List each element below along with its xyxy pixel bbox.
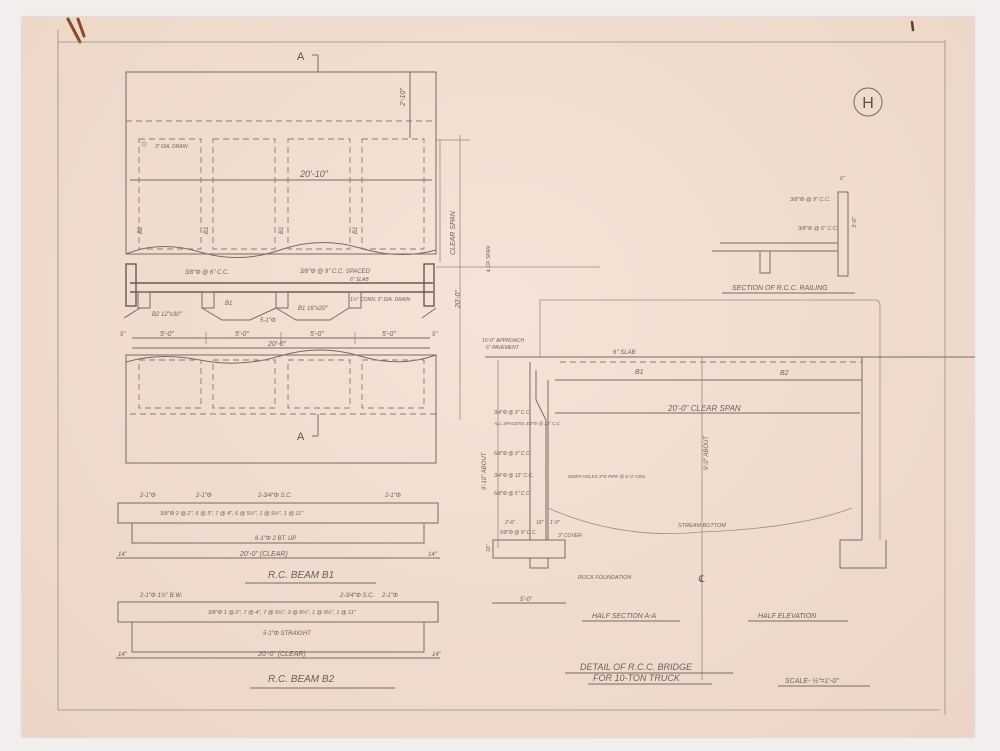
svg-text:5'-0": 5'-0" [520, 597, 533, 603]
svg-text:3/8"Φ @ 9" C.C.: 3/8"Φ @ 9" C.C. [790, 197, 830, 203]
svg-text:B1: B1 [225, 301, 232, 307]
svg-text:3/4"Φ @ 9" C.C.: 3/4"Φ @ 9" C.C. [494, 410, 531, 416]
svg-text:℄: ℄ [698, 574, 705, 585]
svg-text:20'-0": 20'-0" [267, 341, 286, 348]
svg-text:3" DIA. DRAIN: 3" DIA. DRAIN [155, 144, 188, 150]
svg-text:5/8"Φ @ 5" C.C.: 5/8"Φ @ 5" C.C. [494, 491, 531, 497]
beam-b1-detail: 2-1"Φ 2-1"Φ 2-3/4"Φ S.C. 2-1"Φ 3/8"Φ 2 @… [116, 493, 440, 583]
svg-text:DETAIL OF R.C.C. BRIDGE: DETAIL OF R.C.C. BRIDGE [580, 662, 693, 672]
svg-text:B1: B1 [279, 227, 285, 234]
svg-text:ROCK FOUNDATION: ROCK FOUNDATION [578, 575, 631, 581]
svg-text:FOR 10-TON TRUCK: FOR 10-TON TRUCK [593, 673, 681, 683]
svg-text:6" SLAB: 6" SLAB [613, 350, 635, 356]
svg-text:5-1"Φ STRAIGHT: 5-1"Φ STRAIGHT [263, 631, 312, 637]
svg-text:5": 5" [120, 332, 126, 338]
svg-text:5'-0": 5'-0" [160, 331, 174, 338]
svg-text:3/8"Φ @ 6" C.C.: 3/8"Φ @ 6" C.C. [798, 226, 838, 232]
svg-text:20'-10": 20'-10" [299, 169, 329, 179]
plan-view-lower: A [126, 350, 436, 463]
svg-text:HALF ELEVATION: HALF ELEVATION [758, 613, 817, 620]
title-block: DETAIL OF R.C.C. BRIDGE FOR 10-TON TRUCK… [565, 662, 870, 686]
cross-section: 3/8"Φ @ 6" C.C. 3/8"Φ @ 9" C.C. SPACED 6… [120, 264, 462, 348]
svg-text:20'-0": 20'-0" [455, 290, 462, 309]
svg-text:SECTION OF R.C.C. RAILING: SECTION OF R.C.C. RAILING [732, 285, 828, 292]
svg-text:B2: B2 [138, 226, 144, 234]
svg-text:℄ OF SPAN: ℄ OF SPAN [486, 246, 492, 272]
svg-text:14": 14" [118, 652, 128, 658]
ink-stain [68, 19, 913, 42]
svg-text:9'-0" ABOUT: 9'-0" ABOUT [704, 435, 710, 470]
svg-text:2-3/4"Φ S.C.: 2-3/4"Φ S.C. [257, 493, 292, 499]
svg-text:2-1"Φ: 2-1"Φ [139, 493, 156, 499]
svg-text:2-1"Φ: 2-1"Φ [381, 593, 398, 599]
svg-text:18": 18" [486, 544, 492, 552]
svg-text:B1: B1 [635, 369, 644, 376]
svg-text:H: H [862, 95, 874, 112]
beam-b2-detail: 2-1"Φ 1½" B.W. 2-3/4"Φ S.C. 2-1"Φ 3/8"Φ … [116, 592, 442, 688]
svg-text:2-1"Φ 1½" B.W.: 2-1"Φ 1½" B.W. [139, 592, 182, 599]
svg-text:2-1"Φ: 2-1"Φ [384, 493, 401, 499]
svg-text:18": 18" [536, 520, 544, 526]
svg-text:2-3/4"Φ S.C.: 2-3/4"Φ S.C. [339, 593, 374, 599]
svg-text:3/8"Φ 1 @ 2", 7 @ 4", 7 @ 5½",: 3/8"Φ 1 @ 2", 7 @ 4", 7 @ 5½", 3 @ 8½", … [208, 609, 357, 616]
svg-text:ALL SPACERS 3/4"Φ @ 12" C.C.: ALL SPACERS 3/4"Φ @ 12" C.C. [493, 421, 561, 426]
svg-text:6-1"Φ 2 BT. UP: 6-1"Φ 2 BT. UP [255, 536, 296, 542]
svg-text:2'-10": 2'-10" [400, 88, 407, 107]
svg-text:5'-0": 5'-0" [310, 331, 324, 338]
svg-text:5/8"Φ @ 9" C.C.: 5/8"Φ @ 9" C.C. [500, 530, 537, 536]
svg-text:SCALE- ½"=1'-0": SCALE- ½"=1'-0" [785, 677, 839, 685]
svg-text:A: A [297, 51, 305, 63]
svg-text:20'-0" (CLEAR): 20'-0" (CLEAR) [239, 551, 288, 558]
svg-text:10'-0" APPROACH: 10'-0" APPROACH [482, 338, 524, 344]
svg-text:1½" CONN. 3" DIA. DRAIN: 1½" CONN. 3" DIA. DRAIN [350, 296, 411, 303]
svg-text:9'-10" ABOUT: 9'-10" ABOUT [482, 451, 488, 490]
svg-text:6": 6" [840, 176, 845, 182]
svg-text:HALF SECTION A-A: HALF SECTION A-A [592, 613, 657, 620]
railing-section: 3/8"Φ @ 9" C.C. 3/8"Φ @ 6" C.C. 3'-6" 6"… [712, 176, 858, 293]
svg-text:3/4"Φ @ 12" C.C.: 3/4"Φ @ 12" C.C. [494, 473, 534, 479]
svg-text:B2 12"x30": B2 12"x30" [152, 312, 182, 318]
svg-text:3/8"Φ @ 9" C.C. SPACED: 3/8"Φ @ 9" C.C. SPACED [300, 269, 371, 275]
svg-text:3/8"Φ 2 @ 2", 6 @ 3", 7 @ 4",: 3/8"Φ 2 @ 2", 6 @ 3", 7 @ 4", 6 @ 5½", 1… [160, 510, 304, 517]
svg-text:B1: B1 [204, 227, 210, 234]
svg-text:5/8"Φ @ 9" C.C.: 5/8"Φ @ 9" C.C. [494, 451, 531, 457]
svg-text:5": 5" [432, 332, 438, 338]
svg-text:B2: B2 [780, 370, 789, 377]
bridge-drawing: H A 20'-10" 3" DIA. DRAIN 2'-10" B2 B1 B… [0, 0, 1000, 751]
svg-text:6" PAVEMENT: 6" PAVEMENT [486, 345, 520, 351]
svg-text:3" COVER: 3" COVER [558, 533, 582, 539]
svg-text:5'-0": 5'-0" [382, 331, 396, 338]
svg-text:14": 14" [428, 552, 438, 558]
bridge-elevation: 10'-0" APPROACH 6" PAVEMENT 6" SLAB B1 B… [482, 300, 975, 680]
svg-text:CLEAR SPAN: CLEAR SPAN [450, 210, 457, 255]
svg-text:3'-6": 3'-6" [852, 216, 858, 228]
svg-text:B1: B1 [353, 227, 359, 234]
svg-text:5'-0": 5'-0" [235, 331, 249, 338]
svg-text:20'-0" CLEAR SPAN: 20'-0" CLEAR SPAN [667, 404, 741, 413]
svg-text:20'-0" (CLEAR): 20'-0" (CLEAR) [257, 651, 306, 658]
svg-text:B1 16"x20": B1 16"x20" [298, 306, 328, 312]
svg-text:6" SLAB: 6" SLAB [350, 277, 369, 283]
svg-text:R.C. BEAM B1: R.C. BEAM B1 [268, 570, 334, 581]
sheet-mark: H [854, 88, 882, 116]
svg-text:14": 14" [118, 552, 128, 558]
svg-text:3/8"Φ @ 6" C.C.: 3/8"Φ @ 6" C.C. [185, 270, 229, 276]
svg-text:14": 14" [432, 652, 442, 658]
svg-text:R.C. BEAM B2: R.C. BEAM B2 [268, 674, 335, 685]
svg-text:2-1"Φ: 2-1"Φ [195, 493, 212, 499]
svg-text:5-1"Φ: 5-1"Φ [260, 318, 276, 324]
svg-text:A: A [297, 431, 305, 443]
svg-text:2'-6": 2'-6" [504, 520, 515, 526]
svg-text:STREAM BOTTOM: STREAM BOTTOM [678, 523, 726, 529]
svg-text:1'-0": 1'-0" [550, 520, 560, 526]
plan-view: A 20'-10" 3" DIA. DRAIN 2'-10" B2 B1 B1 … [126, 51, 600, 420]
svg-text:WEEP HOLES 3"Φ PIPE @ 6'-0" CR: WEEP HOLES 3"Φ PIPE @ 6'-0" CRS. [568, 474, 646, 479]
